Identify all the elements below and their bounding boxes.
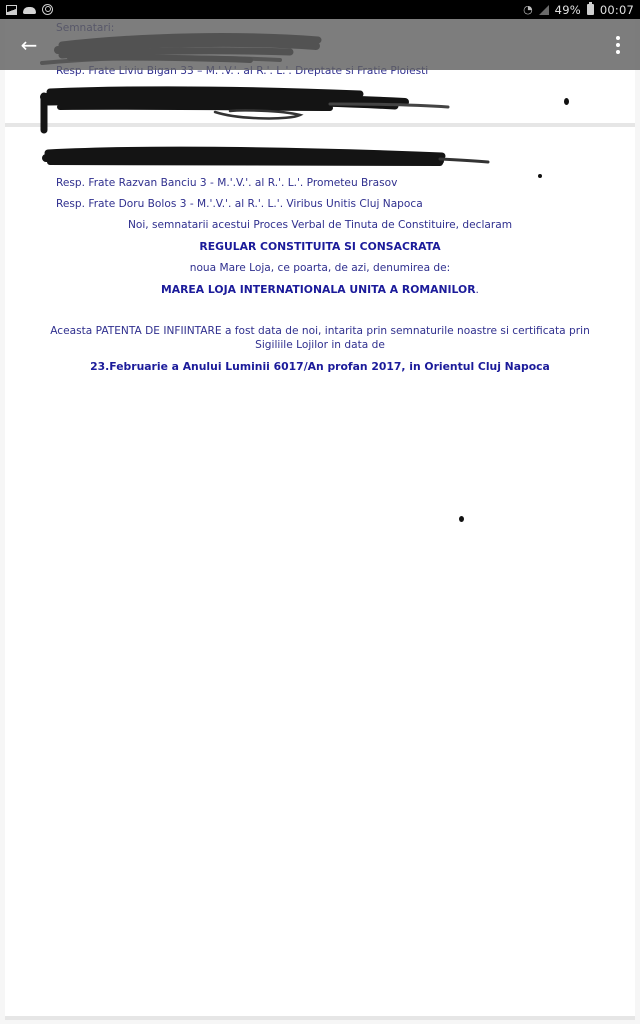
cloud-icon: [23, 7, 36, 14]
lodge-name-line: MAREA LOJA INTERNATIONALA UNITA A ROMANI…: [5, 283, 635, 296]
more-vert-icon-dot: [616, 50, 620, 54]
status-bar: ◔ 49% 00:07: [0, 0, 640, 19]
status-right: ◔ 49% 00:07: [523, 3, 634, 17]
battery-percent: 49%: [555, 3, 581, 17]
page-separator: [5, 1016, 635, 1020]
more-vert-icon: [616, 36, 620, 40]
lodge-name: MAREA LOJA INTERNATIONALA UNITA A ROMANI…: [161, 283, 476, 296]
clock: 00:07: [600, 3, 634, 17]
signal-icon: [539, 5, 549, 15]
image-icon: [6, 5, 17, 15]
wifi-icon: ◔: [523, 3, 533, 16]
ink-dot: [459, 516, 464, 522]
lodge-name-suffix: .: [476, 283, 479, 296]
status-statement: REGULAR CONSTITUITA SI CONSACRATA: [5, 240, 635, 253]
app-bar: ←: [0, 19, 640, 70]
declaration-text: Noi, semnatarii acestui Proces Verbal de…: [5, 219, 635, 231]
more-options-button[interactable]: [610, 32, 626, 58]
document-page-2: Resp. Frate Razvan Banciu 3 - M.'.V.'. a…: [5, 127, 635, 1016]
signatory-line: Resp. Frate Doru Bolos 3 - M.'.V.'. al R…: [56, 198, 423, 210]
patent-line-2: Sigiliile Lojilor in data de: [5, 339, 635, 351]
back-button[interactable]: ←: [16, 32, 42, 58]
arrow-left-icon: ←: [21, 33, 38, 57]
date-line: 23.Februarie a Anului Luminii 6017/An pr…: [5, 360, 635, 373]
naming-intro: noua Mare Loja, ce poarta, de azi, denum…: [5, 262, 635, 274]
patent-line-1: Aceasta PATENTA DE INFIINTARE a fost dat…: [5, 325, 635, 337]
more-vert-icon-dot: [616, 43, 620, 47]
account-circle-icon: [42, 4, 53, 15]
battery-icon: [587, 4, 594, 15]
status-left: [6, 4, 53, 15]
